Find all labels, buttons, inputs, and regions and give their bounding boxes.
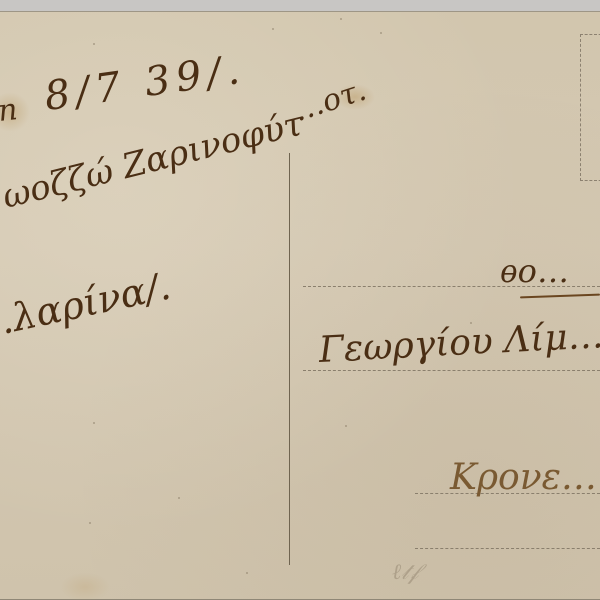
signature: …λαρίνα/. [0,264,174,348]
speck [340,18,342,20]
address-line-3-text: Κρονε… [450,457,597,498]
center-divider-line [289,153,290,565]
speck [178,497,180,499]
speck [345,425,347,427]
address-line-1-text: ѳο… [500,252,569,290]
speck [93,422,95,424]
speck [89,522,91,524]
address-line-2 [303,370,600,371]
address-line-4 [415,548,600,549]
address-underline [520,294,600,299]
speck [93,43,95,45]
faded-mark: ℓ𝓉𝒻 [392,559,418,585]
message-line-3: ωοζζώ Ζαρινοφύτ [0,104,307,217]
date: 8/7 39/. [42,46,249,120]
stamp-box [580,34,600,181]
speck [246,572,248,574]
speck [380,32,382,34]
speck [272,28,274,30]
backdrop [0,0,600,11]
address-line-2-text: Γεωργίου Λίμ… [318,315,600,371]
postcard-back: n 8/7 39/. …οτ. ωοζζώ Ζαρινοφύτ …λαρίνα/… [0,11,600,600]
stain-bottom-left [60,572,110,600]
